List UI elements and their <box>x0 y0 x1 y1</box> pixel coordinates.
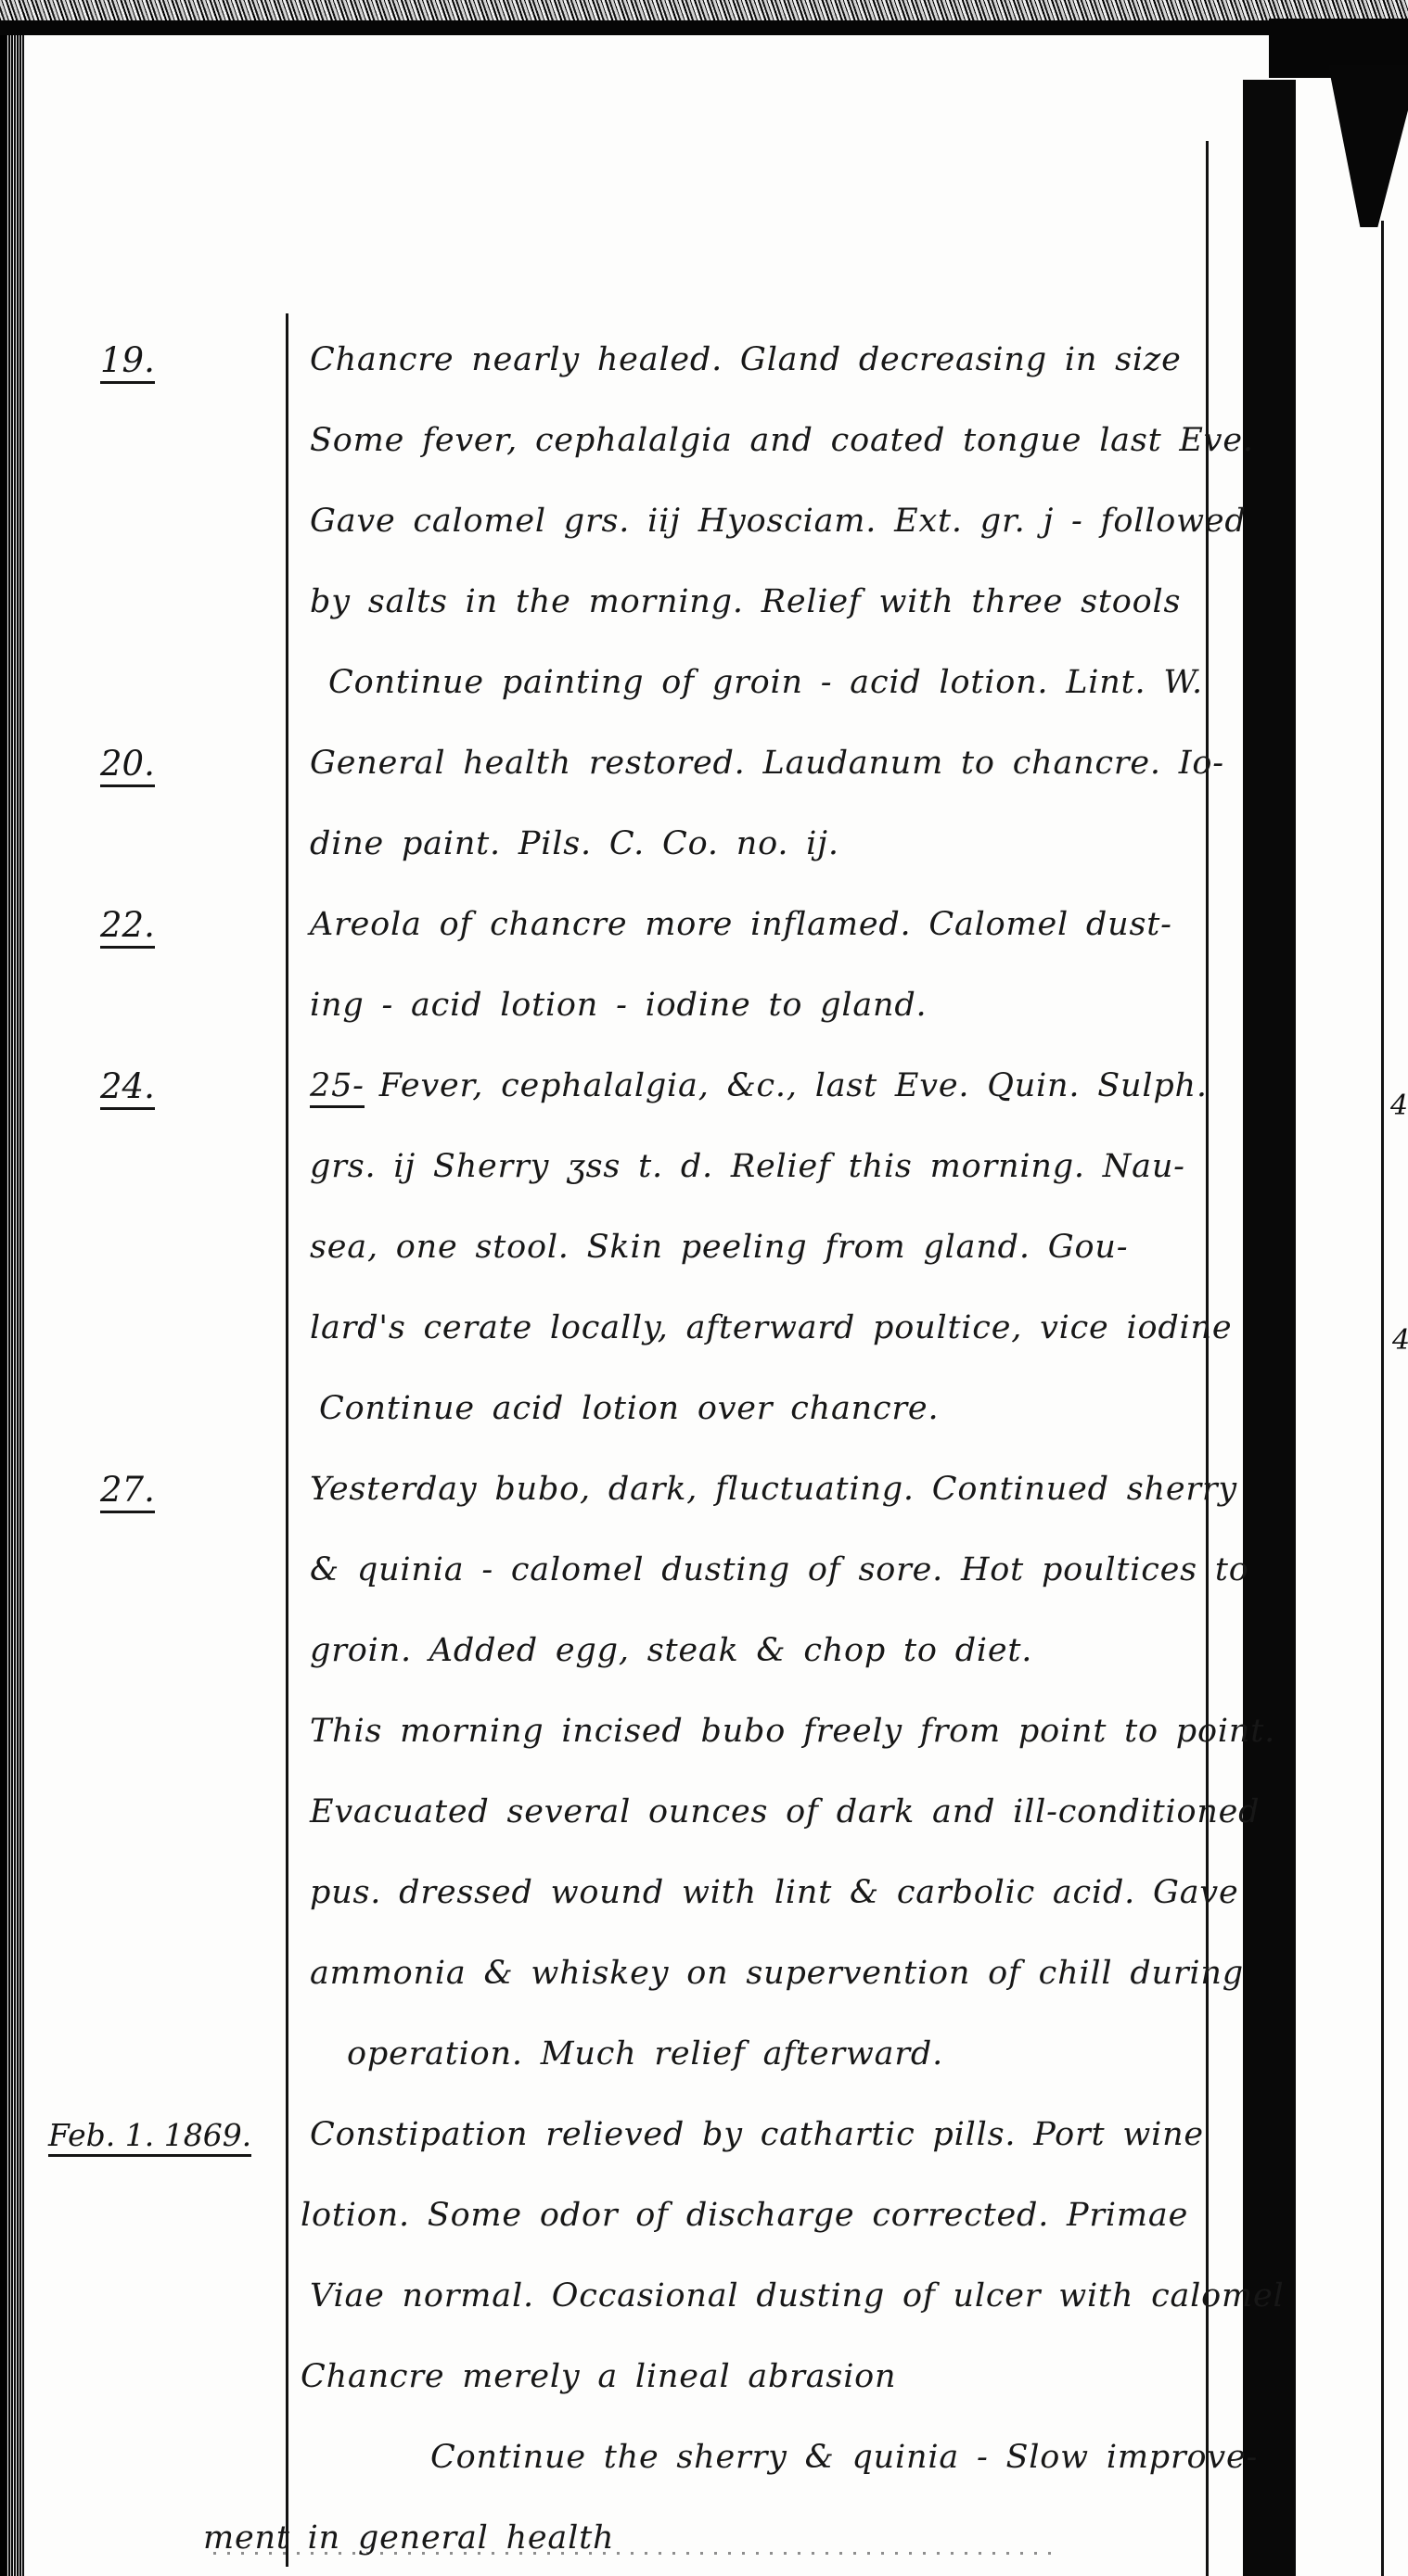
entry-line: sea, one stool. Skin peeling from gland.… <box>288 1207 1408 1288</box>
entry-line: ing - acid lotion - iodine to gland. <box>288 965 1408 1046</box>
entry-date: 27. <box>0 1449 288 1530</box>
entry-line: This morning incised bubo freely from po… <box>288 1691 1408 1772</box>
entry-line: grs. ij Sherry ʒss t. d. Relief this mor… <box>288 1127 1408 1207</box>
entry-line: Continue painting of groin - acid lotion… <box>288 643 1408 723</box>
entry-line: operation. Much relief afterward. <box>288 2014 1408 2095</box>
entry-line: groin. Added egg, steak & chop to diet. <box>288 1611 1408 1691</box>
handwritten-entries-area: 19.Chancre nearly healed. Gland decreasi… <box>0 320 1408 2576</box>
entry-date: Feb. 1. 1869. <box>0 2095 288 2175</box>
entry-line: Gave calomel grs. iij Hyosciam. Ext. gr.… <box>288 481 1408 562</box>
entry-date-text: 22. <box>100 905 155 949</box>
entry-date-text: 27. <box>100 1470 155 1513</box>
entry-lines: 25-Fever, cephalalgia, &c., last Eve. Qu… <box>288 1046 1408 1449</box>
entry-line: Areola of chancre more inflamed. Calomel… <box>288 885 1408 965</box>
entry-date: 19. <box>0 320 288 401</box>
ledger-entry: 19.Chancre nearly healed. Gland decreasi… <box>0 320 1408 723</box>
entry-line: Evacuated several ounces of dark and ill… <box>288 1772 1408 1853</box>
entry-date-text: 20. <box>100 744 155 787</box>
entry-line: ammonia & whiskey on supervention of chi… <box>288 1933 1408 2014</box>
entry-line: lard's cerate locally, afterward poultic… <box>288 1288 1408 1369</box>
page-top-shadow-bar <box>0 20 1306 35</box>
entry-line: Chancre merely a lineal abrasion <box>288 2337 1408 2417</box>
entry-line: Constipation relieved by cathartic pills… <box>288 2095 1408 2175</box>
inline-secondary-date: 25- <box>310 1067 365 1108</box>
entry-line: dine paint. Pils. C. Co. no. ij. <box>288 804 1408 885</box>
entry-date-text: Feb. 1. 1869. <box>48 2117 251 2157</box>
entry-date: 22. <box>0 885 288 965</box>
entry-line: 25-Fever, cephalalgia, &c., last Eve. Qu… <box>288 1046 1408 1127</box>
ledger-entry: 20.General health restored. Laudanum to … <box>0 723 1408 885</box>
entry-date: 20. <box>0 723 288 804</box>
entry-line: General health restored. Laudanum to cha… <box>288 723 1408 804</box>
entry-date-text: 19. <box>100 340 155 384</box>
entry-line: Yesterday bubo, dark, fluctuating. Conti… <box>288 1449 1408 1530</box>
entry-line: Some fever, cephalalgia and coated tongu… <box>288 401 1408 481</box>
ledger-entry: 22.Areola of chancre more inflamed. Calo… <box>0 885 1408 1046</box>
entry-line: lotion. Some odor of discharge corrected… <box>288 2175 1408 2256</box>
entry-line: Chancre nearly healed. Gland decreasing … <box>288 320 1408 401</box>
ledger-entry: 24.25-Fever, cephalalgia, &c., last Eve.… <box>0 1046 1408 1449</box>
entry-line: Continue the sherry & quinia - Slow impr… <box>288 2417 1408 2498</box>
ledger-entry: 27.Yesterday bubo, dark, fluctuating. Co… <box>0 1449 1408 2095</box>
page-curl-shadow <box>1328 65 1408 227</box>
entry-date-text: 24. <box>100 1066 155 1110</box>
scan-noise-band <box>0 0 1408 22</box>
ledger-entry: Feb. 1. 1869.Constipation relieved by ca… <box>0 2095 1408 2576</box>
entry-line: & quinia - calomel dusting of sore. Hot … <box>288 1530 1408 1611</box>
entry-lines: Constipation relieved by cathartic pills… <box>288 2095 1408 2576</box>
entry-line: by salts in the morning. Relief with thr… <box>288 562 1408 643</box>
entry-lines: General health restored. Laudanum to cha… <box>288 723 1408 885</box>
entry-date: 24. <box>0 1046 288 1127</box>
entry-line: pus. dressed wound with lint & carbolic … <box>288 1853 1408 1933</box>
entry-lines: Areola of chancre more inflamed. Calomel… <box>288 885 1408 1046</box>
entry-lines: Yesterday bubo, dark, fluctuating. Conti… <box>288 1449 1408 2095</box>
entry-line: ment in general health <box>288 2498 1408 2576</box>
entry-line: Viae normal. Occasional dusting of ulcer… <box>288 2256 1408 2337</box>
entry-line: Continue acid lotion over chancre. <box>288 1369 1408 1449</box>
scanned-ledger-page: { "page": { "document_type": "handwritte… <box>0 0 1408 2576</box>
entry-lines: Chancre nearly healed. Gland decreasing … <box>288 320 1408 723</box>
